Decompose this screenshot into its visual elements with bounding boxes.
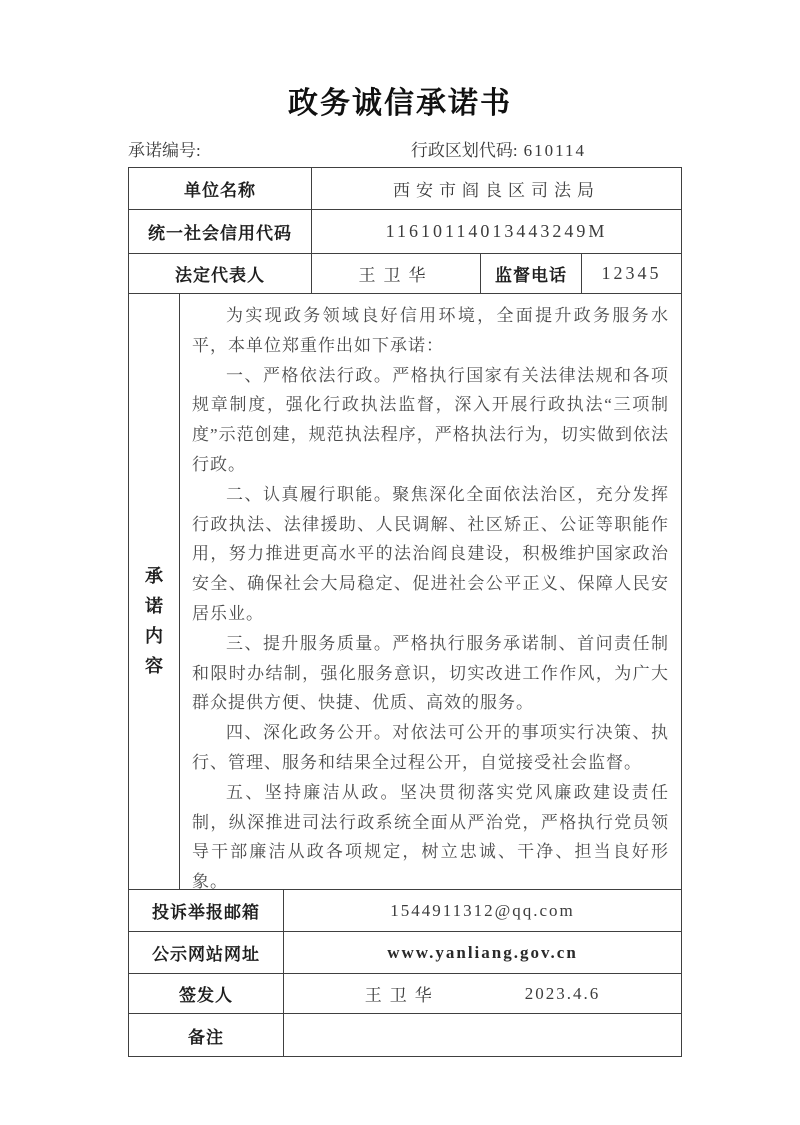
promise-paragraph: 五、坚持廉洁从政。坚决贯彻落实党风廉政建设责任制，纵深推进司法行政系统全面从严治…: [192, 778, 669, 889]
row-complaint-email: 投诉举报邮箱 1544911312@qq.com: [129, 890, 681, 932]
credit-code-label: 统一社会信用代码: [129, 210, 312, 253]
complaint-email-label: 投诉举报邮箱: [129, 890, 284, 931]
legal-rep-label: 法定代表人: [129, 254, 312, 293]
credit-code-value: 11610114013443249M: [312, 210, 681, 253]
row-unit-name: 单位名称 西安市阎良区司法局: [129, 168, 681, 210]
supervise-phone-value: 12345: [582, 254, 681, 293]
region-code-value: 610114: [518, 141, 586, 160]
row-promise-content: 承 诺 内 容 为实现政务领域良好信用环境，全面提升政务服务水平，本单位郑重作出…: [129, 294, 681, 890]
promise-paragraph: 三、提升服务质量。严格执行服务承诺制、首问责任制和限时办结制，强化服务意识，切实…: [192, 629, 669, 718]
promise-paragraph: 二、认真履行职能。聚焦深化全面依法治区，充分发挥行政执法、法律援助、人民调解、社…: [192, 480, 669, 629]
row-website: 公示网站网址 www.yanliang.gov.cn: [129, 932, 681, 974]
promise-label-chars: 承 诺 内 容: [145, 561, 163, 681]
row-legal-rep: 法定代表人 王卫华 监督电话 12345: [129, 254, 681, 294]
issuer-date: 2023.4.6: [525, 984, 601, 1004]
supervise-phone-label: 监督电话: [481, 254, 582, 293]
row-remarks: 备注: [129, 1014, 681, 1056]
promise-number-label: 承诺编号:: [128, 141, 201, 160]
row-issuer: 签发人 王卫华 2023.4.6: [129, 974, 681, 1014]
region-code-label: 行政区划代码:: [411, 141, 518, 160]
legal-rep-value: 王卫华: [312, 254, 481, 293]
promise-paragraph: 四、深化政务公开。对依法可公开的事项实行决策、执行、管理、服务和结果全过程公开，…: [192, 718, 669, 778]
document-title: 政务诚信承诺书: [0, 0, 800, 122]
complaint-email-value: 1544911312@qq.com: [284, 890, 681, 931]
row-credit-code: 统一社会信用代码 11610114013443249M: [129, 210, 681, 254]
unit-name-value: 西安市阎良区司法局: [312, 168, 681, 209]
commitment-table: 单位名称 西安市阎良区司法局 统一社会信用代码 1161011401344324…: [128, 167, 682, 1057]
promise-label-char: 承: [145, 561, 163, 591]
issuer-value: 王卫华 2023.4.6: [284, 974, 681, 1013]
document-page: 政务诚信承诺书 承诺编号: 行政区划代码:610114 单位名称 西安市阎良区司…: [0, 0, 800, 1125]
promise-paragraph: 一、严格依法行政。严格执行国家有关法律法规和各项规章制度，强化行政执法监督，深入…: [192, 361, 669, 480]
promise-label-char: 诺: [145, 591, 163, 621]
website-value: www.yanliang.gov.cn: [284, 932, 681, 973]
meta-row: 承诺编号: 行政区划代码:610114: [128, 136, 682, 161]
promise-number: 承诺编号:: [128, 136, 207, 161]
unit-name-label: 单位名称: [129, 168, 312, 209]
remarks-label: 备注: [129, 1014, 284, 1056]
region-code: 行政区划代码:610114: [411, 136, 586, 161]
promise-paragraph: 为实现政务领域良好信用环境，全面提升政务服务水平，本单位郑重作出如下承诺：: [192, 301, 669, 361]
promise-label-char: 内: [145, 621, 163, 651]
promise-content-body: 为实现政务领域良好信用环境，全面提升政务服务水平，本单位郑重作出如下承诺： 一、…: [180, 294, 681, 889]
issuer-name: 王卫华: [365, 981, 440, 1006]
promise-number-value: [201, 141, 207, 160]
issuer-label: 签发人: [129, 974, 284, 1013]
promise-label-char: 容: [145, 651, 163, 681]
website-label: 公示网站网址: [129, 932, 284, 973]
remarks-value: [284, 1014, 681, 1056]
promise-content-label: 承 诺 内 容: [129, 294, 180, 889]
